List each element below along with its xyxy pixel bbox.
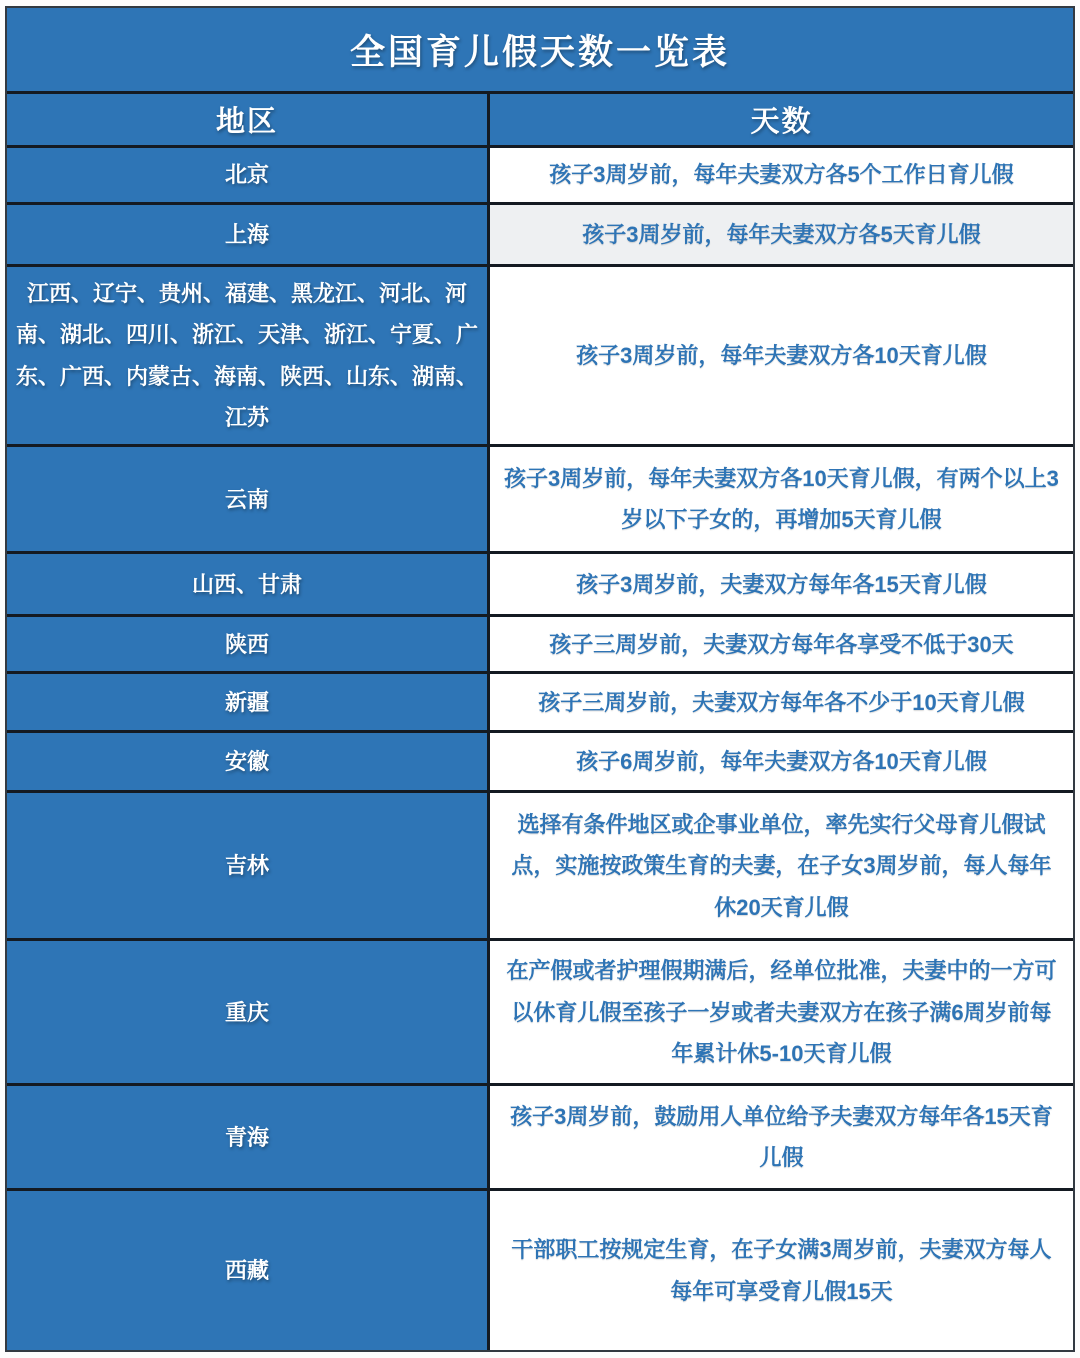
days-cell: 孩子3周岁前，每年夫妻双方各10天育儿假，有两个以上3岁以下子女的，再增加5天育… — [490, 447, 1073, 551]
table-row-shanxi-gansu: 山西、甘肃 孩子3周岁前，夫妻双方每年各15天育儿假 — [7, 554, 1073, 617]
region-cell: 北京 — [7, 148, 490, 202]
column-header-days: 天数 — [490, 94, 1073, 145]
region-cell: 西藏 — [7, 1191, 490, 1350]
region-cell: 上海 — [7, 205, 490, 264]
table-row-anhui: 安徽 孩子6周岁前，每年夫妻双方各10天育儿假 — [7, 733, 1073, 793]
table-row-shaanxi: 陕西 孩子三周岁前，夫妻双方每年各享受不低于30天 — [7, 617, 1073, 674]
days-cell: 孩子三周岁前，夫妻双方每年各不少于10天育儿假 — [490, 674, 1073, 730]
parental-leave-table: 全国育儿假天数一览表 地区 天数 北京 孩子3周岁前，每年夫妻双方各5个工作日育… — [5, 6, 1075, 1352]
table-row-chongqing: 重庆 在产假或者护理假期满后，经单位批准，夫妻中的一方可以休育儿假至孩子一岁或者… — [7, 941, 1073, 1086]
days-cell: 在产假或者护理假期满后，经单位批准，夫妻中的一方可以休育儿假至孩子一岁或者夫妻双… — [490, 941, 1073, 1083]
region-cell: 新疆 — [7, 674, 490, 730]
region-cell: 江西、辽宁、贵州、福建、黑龙江、河北、河南、湖北、四川、浙江、天津、浙江、宁夏、… — [7, 267, 490, 444]
days-cell: 孩子3周岁前，每年夫妻双方各5天育儿假 — [490, 205, 1073, 264]
days-cell: 孩子3周岁前，每年夫妻双方各10天育儿假 — [490, 267, 1073, 444]
table-row-yunnan: 云南 孩子3周岁前，每年夫妻双方各10天育儿假，有两个以上3岁以下子女的，再增加… — [7, 447, 1073, 554]
region-cell: 安徽 — [7, 733, 490, 790]
table-row-jilin: 吉林 选择有条件地区或企事业单位，率先实行父母育儿假试点，实施按政策生育的夫妻，… — [7, 793, 1073, 941]
region-cell: 云南 — [7, 447, 490, 551]
table-row-tibet: 西藏 干部职工按规定生育，在子女满3周岁前，夫妻双方每人每年可享受育儿假15天 — [7, 1191, 1073, 1350]
days-cell: 孩子3周岁前，鼓励用人单位给予夫妻双方每年各15天育儿假 — [490, 1086, 1073, 1188]
table-header-row: 地区 天数 — [7, 94, 1073, 148]
region-cell: 陕西 — [7, 617, 490, 671]
table-row-multi-province: 江西、辽宁、贵州、福建、黑龙江、河北、河南、湖北、四川、浙江、天津、浙江、宁夏、… — [7, 267, 1073, 447]
parental-leave-infographic: 全国育儿假天数一览表 地区 天数 北京 孩子3周岁前，每年夫妻双方各5个工作日育… — [0, 0, 1080, 1358]
column-header-region: 地区 — [7, 94, 490, 145]
table-row-qinghai: 青海 孩子3周岁前，鼓励用人单位给予夫妻双方每年各15天育儿假 — [7, 1086, 1073, 1191]
days-cell: 孩子3周岁前，夫妻双方每年各15天育儿假 — [490, 554, 1073, 614]
days-cell: 孩子三周岁前，夫妻双方每年各享受不低于30天 — [490, 617, 1073, 671]
days-cell: 选择有条件地区或企事业单位，率先实行父母育儿假试点，实施按政策生育的夫妻，在子女… — [490, 793, 1073, 938]
table-row-beijing: 北京 孩子3周岁前，每年夫妻双方各5个工作日育儿假 — [7, 148, 1073, 205]
days-cell: 干部职工按规定生育，在子女满3周岁前，夫妻双方每人每年可享受育儿假15天 — [490, 1191, 1073, 1350]
table-title: 全国育儿假天数一览表 — [7, 8, 1073, 94]
table-row-xinjiang: 新疆 孩子三周岁前，夫妻双方每年各不少于10天育儿假 — [7, 674, 1073, 733]
region-cell: 重庆 — [7, 941, 490, 1083]
region-cell: 山西、甘肃 — [7, 554, 490, 614]
days-cell: 孩子3周岁前，每年夫妻双方各5个工作日育儿假 — [490, 148, 1073, 202]
days-cell: 孩子6周岁前，每年夫妻双方各10天育儿假 — [490, 733, 1073, 790]
region-cell: 吉林 — [7, 793, 490, 938]
table-row-shanghai: 上海 孩子3周岁前，每年夫妻双方各5天育儿假 — [7, 205, 1073, 267]
region-cell: 青海 — [7, 1086, 490, 1188]
